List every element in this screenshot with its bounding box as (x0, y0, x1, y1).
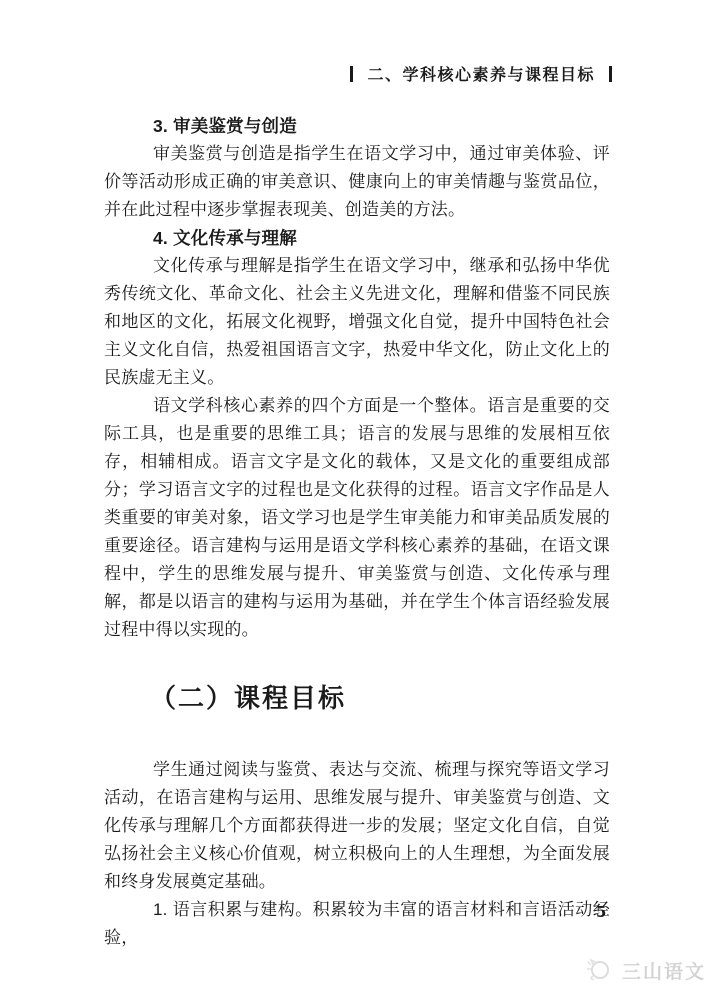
header-left-bar-icon (350, 66, 353, 82)
page-content: 3. 审美鉴赏与创造 审美鉴赏与创造是指学生在语文学习中，通过审美体验、评价等活… (104, 112, 610, 952)
header-chapter-title: 二、学科核心素养与课程目标 (367, 62, 595, 85)
subsection-4-heading: 4. 文化传承与理解 (104, 224, 610, 252)
running-header: 二、学科核心素养与课程目标 (350, 62, 612, 85)
watermark: 三山语文 (584, 952, 706, 989)
document-page: 二、学科核心素养与课程目标 3. 审美鉴赏与创造 审美鉴赏与创造是指学生在语文学… (0, 0, 718, 1005)
subsection-3-heading: 3. 审美鉴赏与创造 (104, 112, 610, 140)
section-2-title: （二）课程目标 (104, 676, 610, 720)
subsection-3-paragraph: 审美鉴赏与创造是指学生在语文学习中，通过审美体验、评价等活动形成正确的审美意识、… (104, 140, 610, 224)
subsection-4-paragraph: 文化传承与理解是指学生在语文学习中，继承和弘扬中华优秀传统文化、革命文化、社会主… (104, 252, 610, 392)
core-literacy-summary-paragraph: 语文学科核心素养的四个方面是一个整体。语言是重要的交际工具，也是重要的思维工具；… (104, 392, 610, 644)
course-goals-intro-paragraph: 学生通过阅读与鉴赏、表达与交流、梳理与探究等语文学习活动，在语言建构与运用、思维… (104, 756, 610, 896)
goal-1-paragraph: 1. 语言积累与建构。积累较为丰富的语言材料和言语活动经验， (104, 896, 610, 952)
watermark-text: 三山语文 (622, 957, 706, 984)
sanshan-cat-logo-icon (584, 952, 614, 989)
page-number: 5 (596, 903, 606, 921)
header-right-bar-icon (609, 66, 612, 82)
